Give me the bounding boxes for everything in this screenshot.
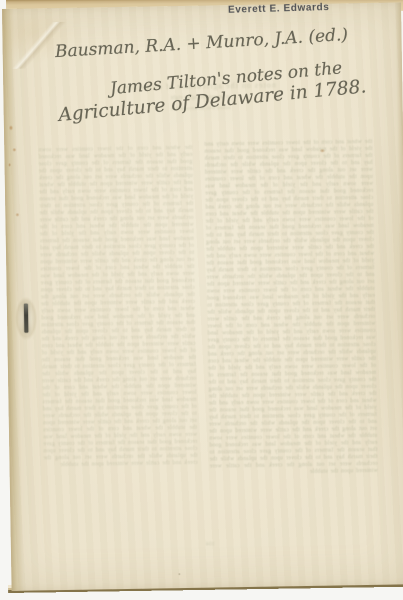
showthrough-column-left: the wheat and corn of the lower counties…	[38, 145, 198, 534]
photo-background: Everett E. Edwards notes on the agricult…	[0, 0, 403, 600]
showthrough-column-right: the wheat and corn of the lower counties…	[204, 139, 378, 534]
handwritten-authors-line: Bausman, R.A. + Munro, J.A. (ed.)	[55, 25, 349, 62]
staple	[24, 304, 28, 333]
ownership-stamp: Everett E. Edwards	[228, 2, 330, 16]
pamphlet-cover: Everett E. Edwards notes on the agricult…	[2, 2, 403, 591]
showthrough-page-number: 104	[11, 538, 403, 551]
